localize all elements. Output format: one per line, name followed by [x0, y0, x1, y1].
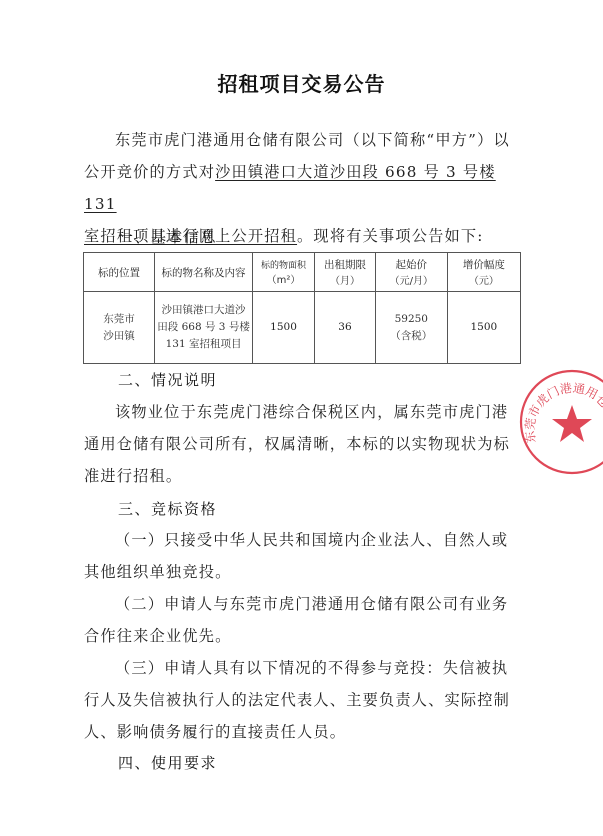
cell-name: 沙田镇港口大道沙田段 668 号 3 号楼131 室招租项目: [155, 292, 253, 364]
header-name: 标的物名称及内容: [155, 253, 253, 292]
document-page: 招租项目交易公告 东莞市虎门港通用仓储有限公司（以下简称“甲方”）以 公开竞价的…: [0, 0, 603, 836]
header-area: 标的物面积（m²）: [253, 253, 315, 292]
qualification-paragraph-3: （三）申请人具有以下情况的不得参与竞投：失信被执 行人及失信被执行人的法定代表人…: [84, 652, 524, 748]
svg-text:东莞市虎门港通用仓储有限公司: 东莞市虎门港通用仓储有限公司: [517, 367, 603, 445]
section-heading-qualification: 三、竞标资格: [118, 498, 217, 519]
section-heading-basic-info: 一、基本信息: [118, 226, 217, 247]
header-increment: 增价幅度（元）: [447, 253, 520, 292]
qualification-paragraph-2: （二）申请人与东莞市虎门港通用仓储有限公司有业务 合作往来企业优先。: [84, 588, 524, 652]
intro-line-2-prefix: 公开竞价的方式对: [84, 163, 215, 181]
company-seal-icon: 东莞市虎门港通用仓储有限公司: [517, 367, 603, 477]
section-heading-usage: 四、使用要求: [118, 752, 217, 773]
situation-paragraph: 该物业位于东莞虎门港综合保税区内，属东莞市虎门港 通用仓储有限公司所有，权属清晰…: [84, 396, 524, 492]
section-heading-situation: 二、情况说明: [118, 369, 217, 390]
table-row: 东莞市沙田镇 沙田镇港口大道沙田段 668 号 3 号楼131 室招租项目 15…: [84, 292, 521, 364]
cell-area: 1500: [253, 292, 315, 364]
header-location: 标的位置: [84, 253, 155, 292]
cell-increment: 1500: [447, 292, 520, 364]
header-term: 出租期限（月）: [315, 253, 376, 292]
qualification-paragraph-1: （一）只接受中华人民共和国境内企业法人、自然人或 其他组织单独竞投。: [84, 524, 524, 588]
document-title: 招租项目交易公告: [0, 68, 603, 97]
cell-term: 36: [315, 292, 376, 364]
intro-line-1: 东莞市虎门港通用仓储有限公司（以下简称“甲方”）以: [84, 124, 524, 156]
intro-line-2: 公开竞价的方式对沙田镇港口大道沙田段 668 号 3 号楼 131: [84, 156, 524, 220]
table-header-row: 标的位置 标的物名称及内容 标的物面积（m²） 出租期限（月） 起始价（元/月）…: [84, 253, 521, 292]
basic-info-table: 标的位置 标的物名称及内容 标的物面积（m²） 出租期限（月） 起始价（元/月）…: [83, 252, 521, 364]
header-price: 起始价（元/月）: [375, 253, 447, 292]
intro-line-3-suffix: 。现将有关事项公告如下:: [297, 227, 484, 245]
cell-price: 59250（含税）: [375, 292, 447, 364]
cell-location: 东莞市沙田镇: [84, 292, 155, 364]
